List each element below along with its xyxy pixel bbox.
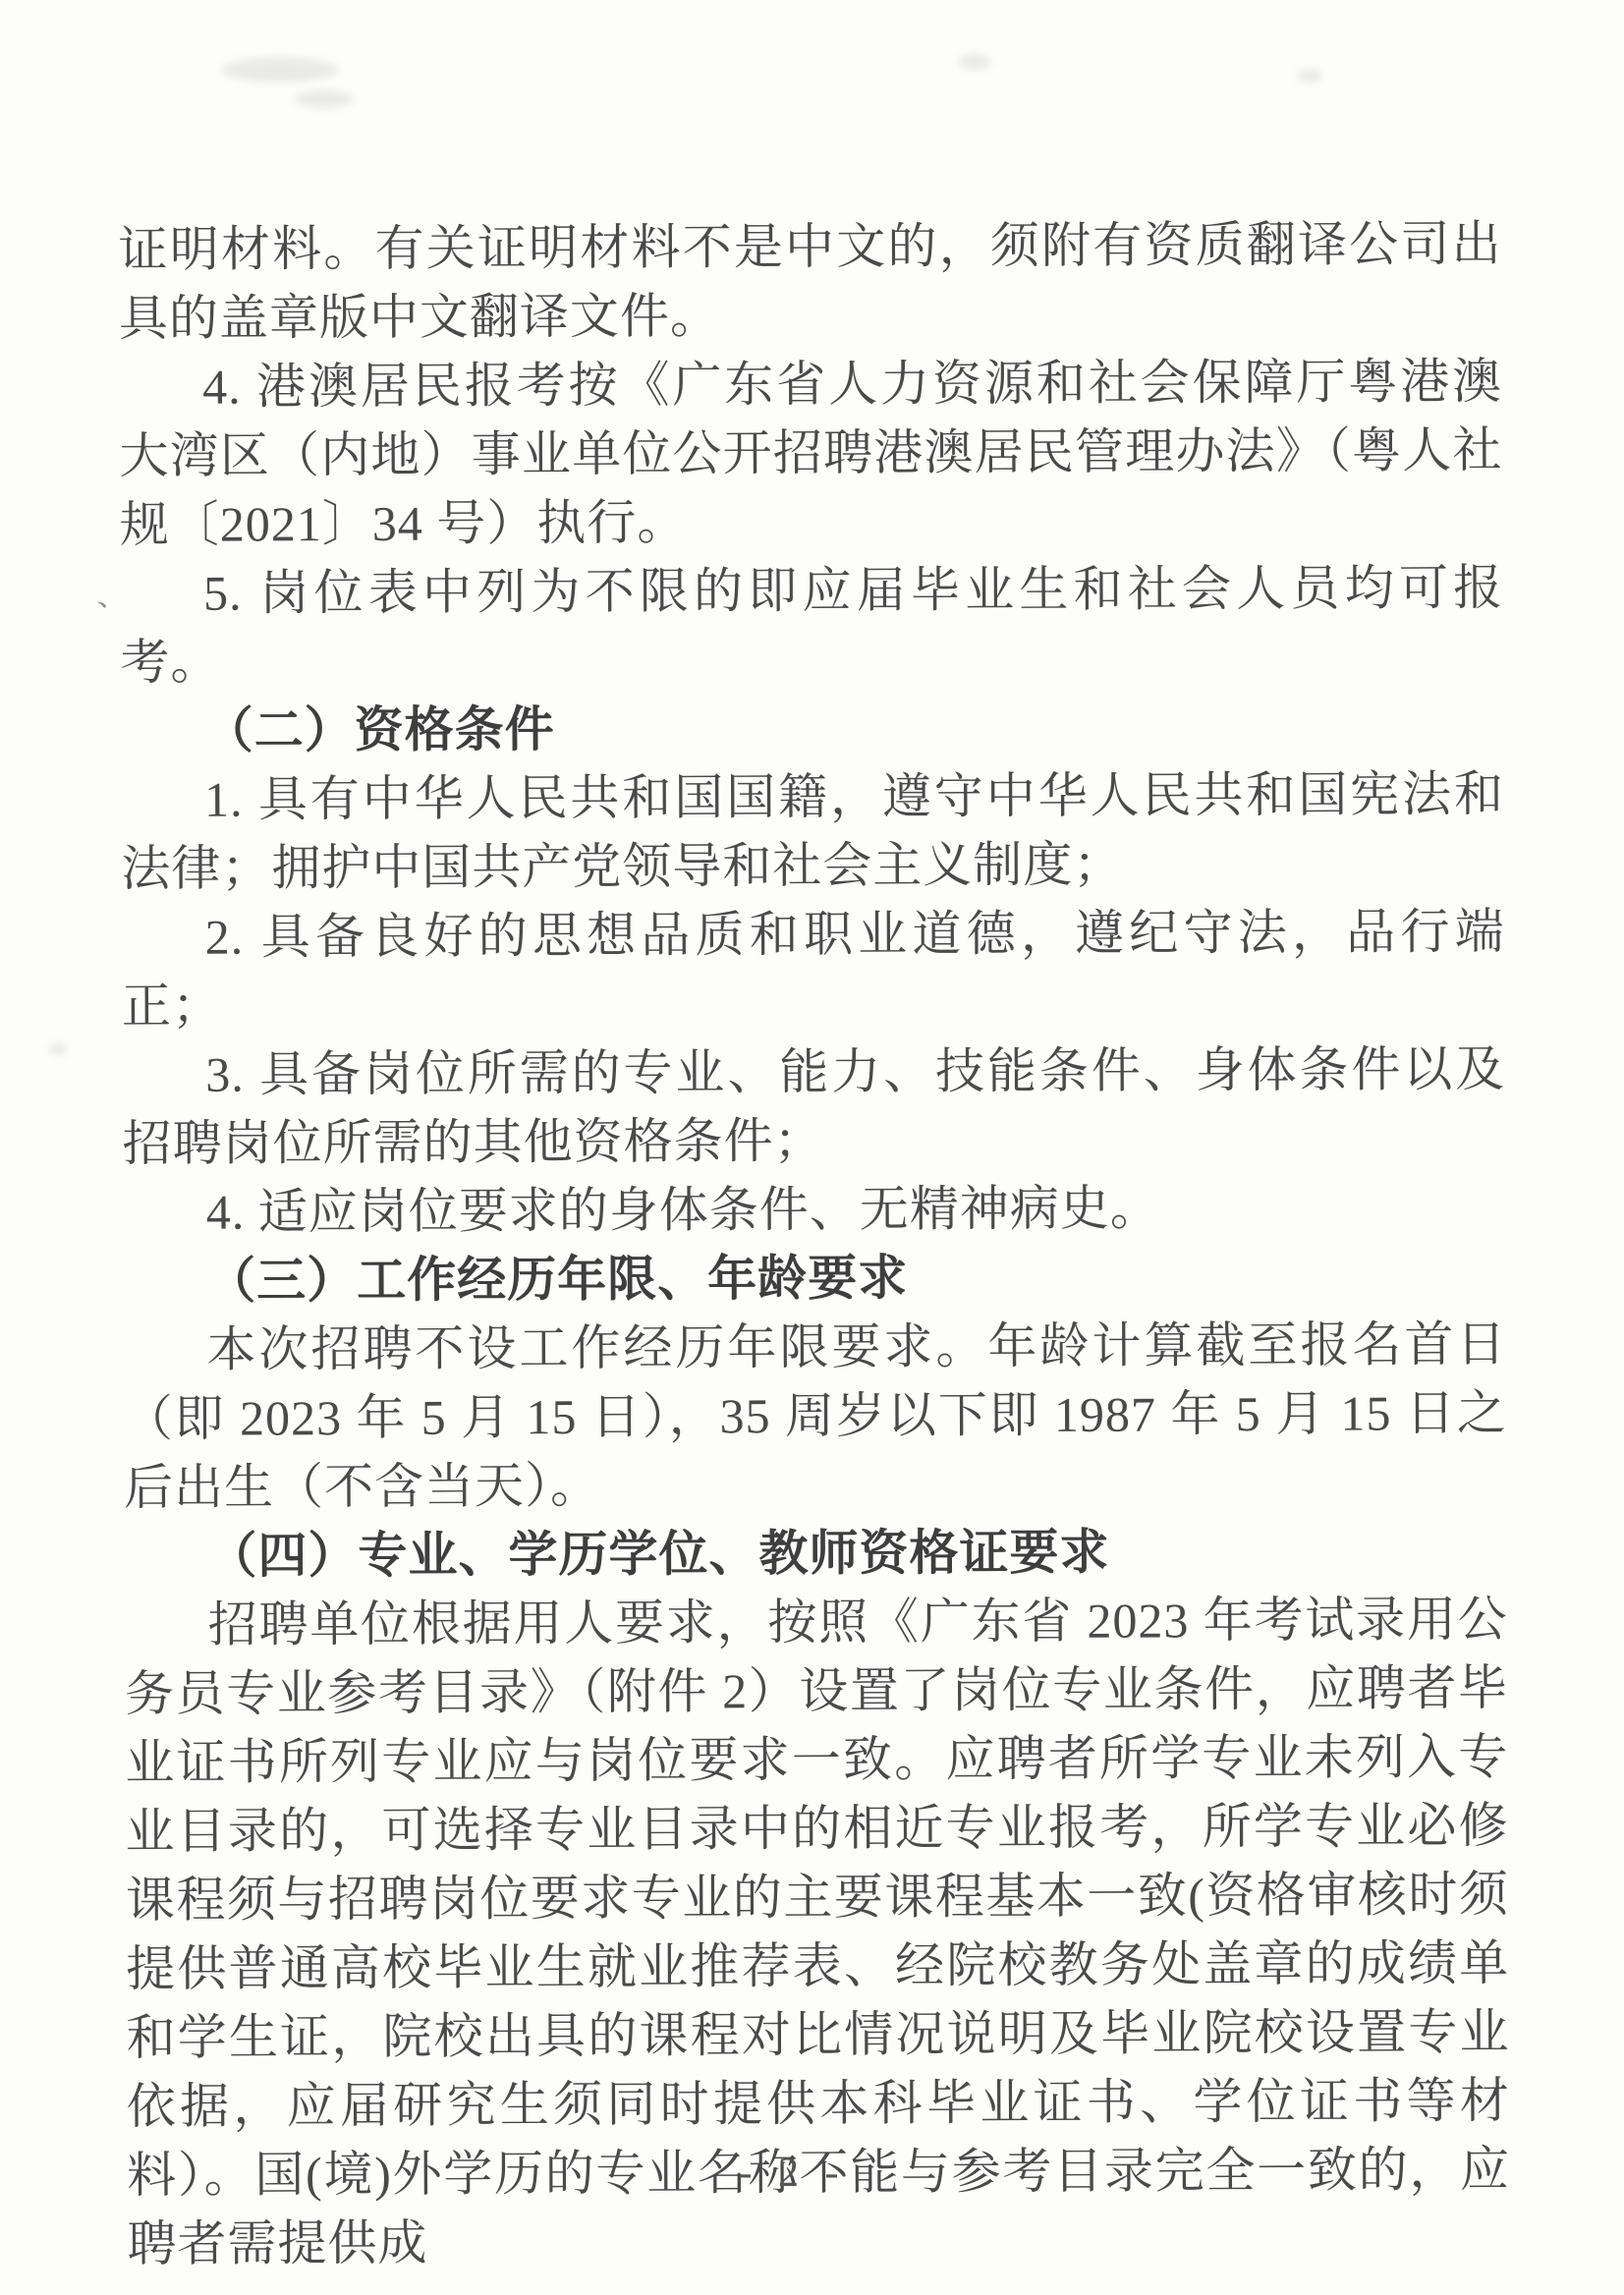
scan-smudge [295, 90, 354, 108]
body-paragraph: 4. 港澳居民报考按《广东省人力资源和社会保障厅粤港澳大湾区（内地）事业单位公开… [119, 347, 1503, 559]
section-heading: （二）资格条件 [121, 691, 1504, 765]
body-paragraph: 5. 岗位表中列为不限的即应届毕业生和社会人员均可报考。 [120, 553, 1504, 697]
document-text-block: 证明材料。有关证明材料不是中文的，须附有资质翻译公司出具的盖章版中文翻译文件。4… [118, 209, 1510, 2278]
page-number: - 2 - [0, 2150, 1624, 2197]
body-paragraph: 4. 适应岗位要求的身体条件、无精神病史。 [123, 1172, 1506, 1247]
section-heading: （三）工作经历年限、年龄要求 [123, 1241, 1506, 1315]
scan-smudge [1297, 69, 1322, 83]
document-page: 、 证明材料。有关证明材料不是中文的，须附有资质翻译公司出具的盖章版中文翻译文件… [0, 0, 1624, 2295]
body-paragraph: 1. 具有中华人民共和国国籍，遵守中华人民共和国宪法和法律；拥护中国共产党领导和… [121, 759, 1505, 903]
body-paragraph: 2. 具备良好的思想品质和职业道德，遵纪守法，品行端正； [121, 897, 1505, 1040]
section-heading: （四）专业、学历学位、教师资格证要求 [124, 1516, 1507, 1591]
scan-smudge [49, 1043, 67, 1055]
scan-smudge [958, 54, 991, 70]
body-paragraph: 本次招聘不设工作经历年限要求。年龄计算截至报名首日（即 2023 年 5 月 1… [123, 1310, 1507, 1522]
body-paragraph: 证明材料。有关证明材料不是中文的，须附有资质翻译公司出具的盖章版中文翻译文件。 [118, 209, 1502, 353]
body-paragraph: 3. 具备岗位所需的专业、能力、技能条件、身体条件以及招聘岗位所需的其他资格条件… [122, 1035, 1506, 1178]
scan-smudge [221, 57, 339, 83]
